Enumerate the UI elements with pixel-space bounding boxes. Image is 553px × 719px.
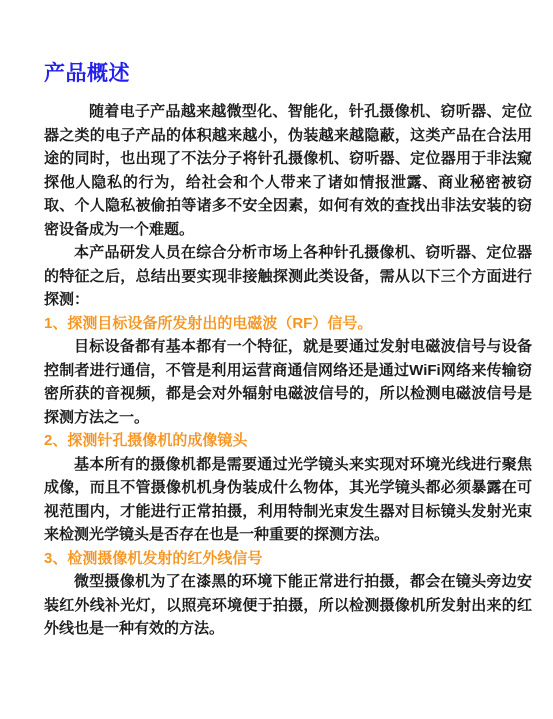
document-title: 产品概述 [44,57,532,87]
section-heading-rf-signal: 1、探测目标设备所发射出的电磁波（RF）信号。 [44,312,532,336]
document-page: 产品概述 随着电子产品越来越微型化、智能化，针孔摄像机、窃听器、定位器之类的电子… [0,0,553,719]
section-heading-camera-lens: 2、探测针孔摄像机的成像镜头 [44,429,532,453]
section-heading-infrared: 3、检测摄像机发射的红外线信号 [44,547,532,571]
paragraph-infrared: 微型摄像机为了在漆黑的环境下能正常进行拍摄，都会在镜头旁边安装红外线补光灯，以照… [44,570,532,641]
paragraph-camera-lens: 基本所有的摄像机都是需要通过光学镜头来实现对环境光线进行聚焦成像，而且不管摄像机… [44,453,532,547]
paragraph-detection-summary: 本产品研发人员在综合分析市场上各种针孔摄像机、窃听器、定位器的特征之后，总结出要… [44,241,532,312]
paragraph-intro: 随着电子产品越来越微型化、智能化，针孔摄像机、窃听器、定位器之类的电子产品的体积… [44,100,532,241]
paragraph-rf-signal: 目标设备都有基本都有一个特征，就是要通过发射电磁波信号与设备控制者进行通信，不管… [44,335,532,429]
